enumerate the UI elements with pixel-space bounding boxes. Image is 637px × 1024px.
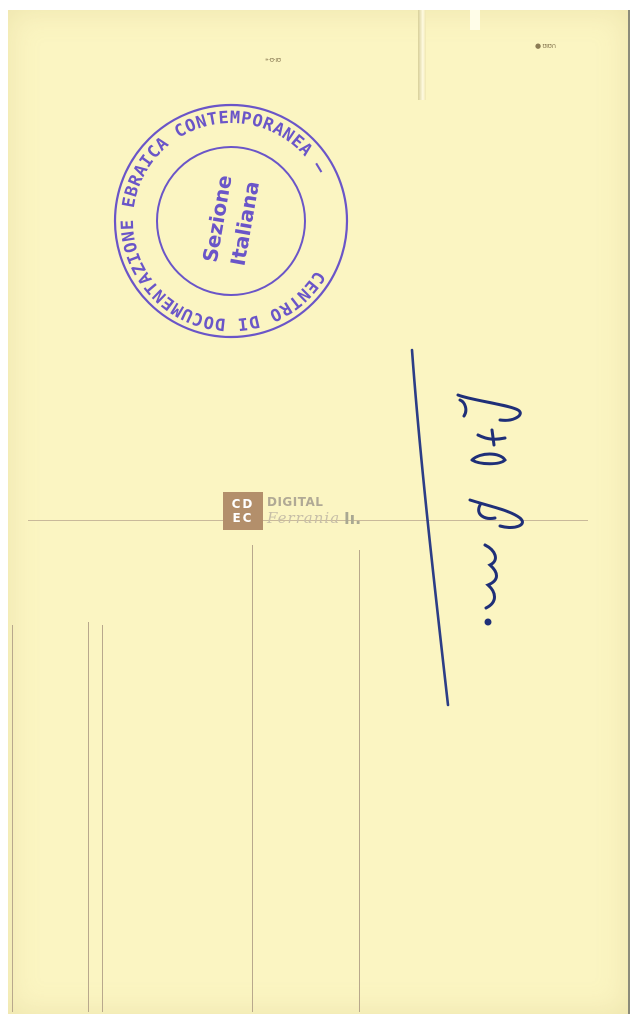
stamp-outer-text: CENTRO DI DOCUMENTAZIONE EBRAICA CONTEMP… — [112, 102, 350, 340]
pencil-mark: ● ʊıʊ∩ — [535, 42, 556, 50]
address-line — [359, 550, 360, 1012]
address-line — [102, 625, 103, 1012]
bars-icon: lı. — [344, 509, 361, 528]
address-line — [252, 545, 253, 1012]
cdec-logo-box: CD EC — [223, 492, 263, 530]
signature-text: Rita Rosani — [475, 538, 481, 541]
logo-line2: EC — [232, 511, 253, 525]
watermark-logo: CD EC DIGITAL Ferrania lı. — [223, 492, 361, 530]
watermark-top-text: DIGITAL — [267, 495, 340, 509]
watermark-bottom-text: Ferrania — [267, 509, 340, 527]
logo-line1: CD — [232, 497, 255, 511]
svg-text:CENTRO DI DOCUMENTAZIONE EBRAI: CENTRO DI DOCUMENTAZIONE EBRAICA CONTEMP… — [112, 102, 350, 340]
paper-notch — [470, 10, 480, 30]
archive-stamp: CENTRO DI DOCUMENTAZIONE EBRAICA CONTEMP… — [112, 102, 350, 340]
address-line — [88, 622, 89, 1012]
paper-fold — [418, 10, 426, 100]
handwritten-signature: Rita Rosani — [400, 340, 550, 720]
address-line — [12, 625, 13, 1012]
pencil-mark: ⁍·ʊ·ıʊ — [265, 56, 281, 64]
